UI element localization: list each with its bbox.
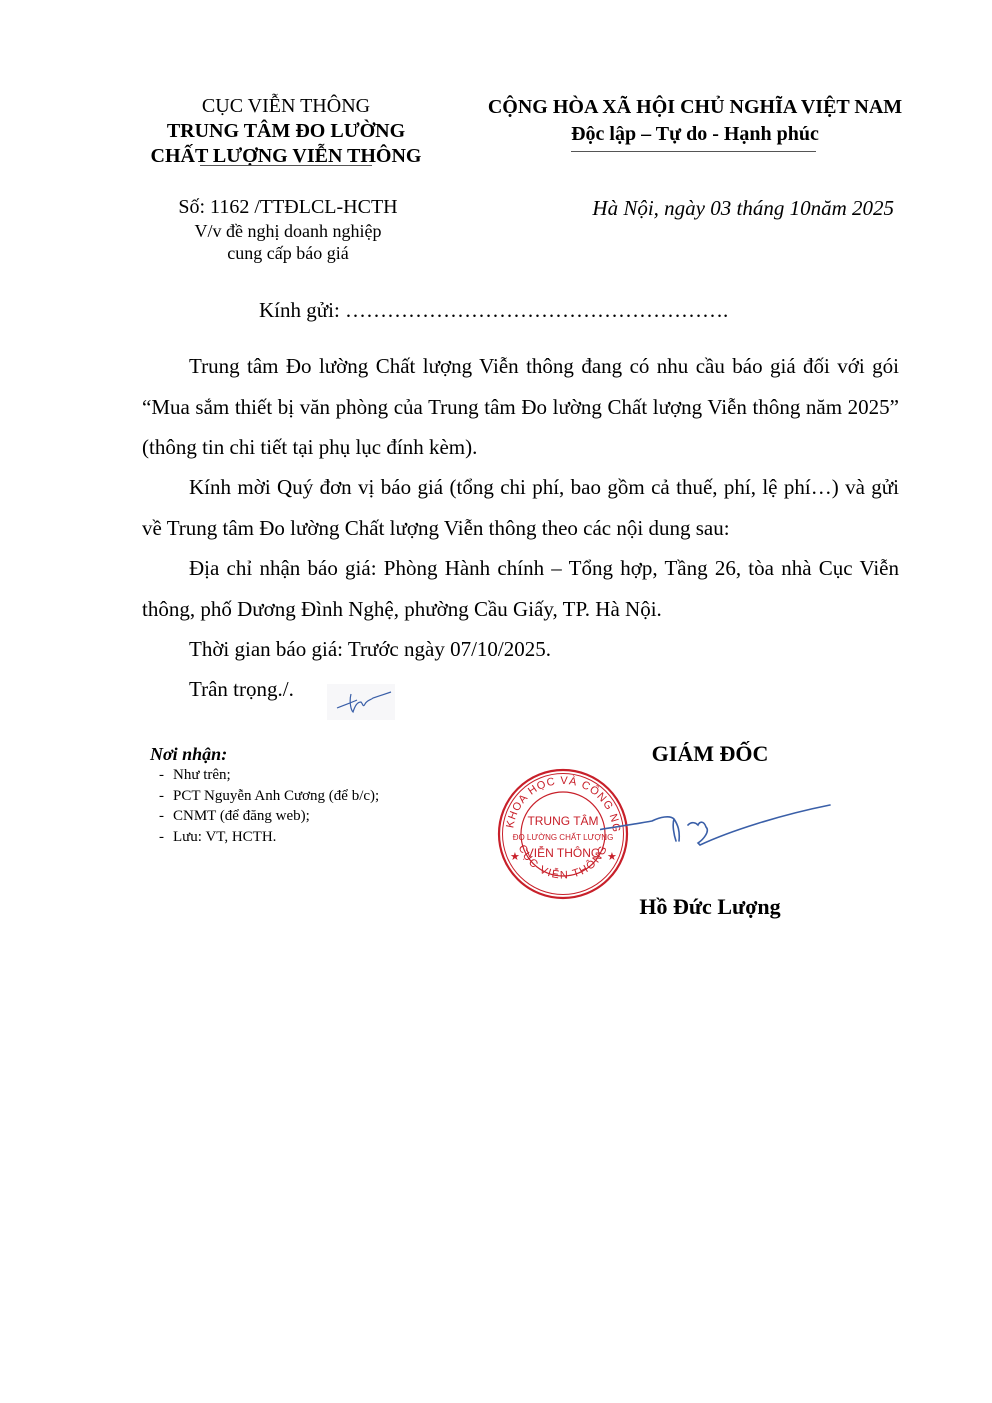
- paragraph-text: Kính mời Quý đơn vị báo giá (tổng chi ph…: [142, 475, 899, 540]
- subject-line1: V/v đề nghị doanh nghiệp: [130, 220, 446, 242]
- recipient-item: Như trên;: [159, 765, 379, 786]
- motto-underline: [571, 151, 816, 152]
- recipient-item: PCT Nguyễn Anh Cương (để b/c);: [159, 786, 379, 807]
- signer-title: GIÁM ĐỐC: [600, 741, 820, 767]
- seal-inner-line3: VIỄN THÔNG: [526, 845, 600, 860]
- paragraph-text: Địa chỉ nhận báo giá: Phòng Hành chính –…: [142, 556, 899, 621]
- agency-name: CỤC VIỄN THÔNG: [130, 94, 442, 119]
- issuing-agency-header: CỤC VIỄN THÔNG TRUNG TÂM ĐO LƯỜNG CHẤT L…: [130, 94, 442, 169]
- document-number: Số: 1162 /TTĐLCL-HCTH: [130, 195, 446, 220]
- body-paragraph-3: Địa chỉ nhận báo giá: Phòng Hành chính –…: [142, 548, 899, 629]
- national-motto: Độc lập – Tự do - Hạnh phúc: [462, 121, 928, 148]
- seal-inner-line2: ĐO LƯỜNG CHẤT LƯỢNG: [513, 832, 614, 842]
- recipients-title: Nơi nhận:: [150, 743, 379, 765]
- seal-inner-line1: TRUNG TÂM: [527, 813, 598, 828]
- salutation: Kính gửi: ……………………………………………….: [259, 298, 728, 323]
- recipients-block: Nơi nhận: Như trên; PCT Nguyễn Anh Cương…: [150, 743, 379, 847]
- body-paragraph-2: Kính mời Quý đơn vị báo giá (tổng chi ph…: [142, 467, 899, 548]
- signer-name: Hồ Đức Lượng: [600, 894, 820, 920]
- date-line: Hà Nội, ngày 03 tháng 10năm 2025: [520, 196, 930, 221]
- header-underline: [200, 165, 372, 166]
- document-reference: Số: 1162 /TTĐLCL-HCTH V/v đề nghị doanh …: [130, 195, 446, 264]
- director-signature-icon: [600, 795, 840, 855]
- national-header: CỘNG HÒA XÃ HỘI CHỦ NGHĨA VIỆT NAM Độc l…: [462, 94, 928, 148]
- body-paragraph-4: Thời gian báo giá: Trước ngày 07/10/2025…: [142, 629, 899, 670]
- star-icon: ★: [510, 851, 520, 863]
- nation-name: CỘNG HÒA XÃ HỘI CHỦ NGHĨA VIỆT NAM: [462, 94, 928, 121]
- recipients-list: Như trên; PCT Nguyễn Anh Cương (để b/c);…: [150, 765, 379, 847]
- initial-signature-icon: [327, 684, 395, 720]
- paragraph-text: Trân trọng./.: [189, 677, 294, 701]
- subject-line2: cung cấp báo giá: [130, 242, 446, 264]
- body-paragraph-1: Trung tâm Đo lường Chất lượng Viễn thông…: [142, 346, 899, 468]
- paragraph-text: Trung tâm Đo lường Chất lượng Viễn thông…: [142, 354, 899, 459]
- body-paragraph-5: Trân trọng./.: [142, 669, 899, 710]
- recipient-item: Lưu: VT, HCTH.: [159, 827, 379, 848]
- recipient-item: CNMT (để đăng web);: [159, 806, 379, 827]
- org-name-line1: TRUNG TÂM ĐO LƯỜNG: [130, 119, 442, 144]
- paragraph-text: Thời gian báo giá: Trước ngày 07/10/2025…: [189, 637, 551, 661]
